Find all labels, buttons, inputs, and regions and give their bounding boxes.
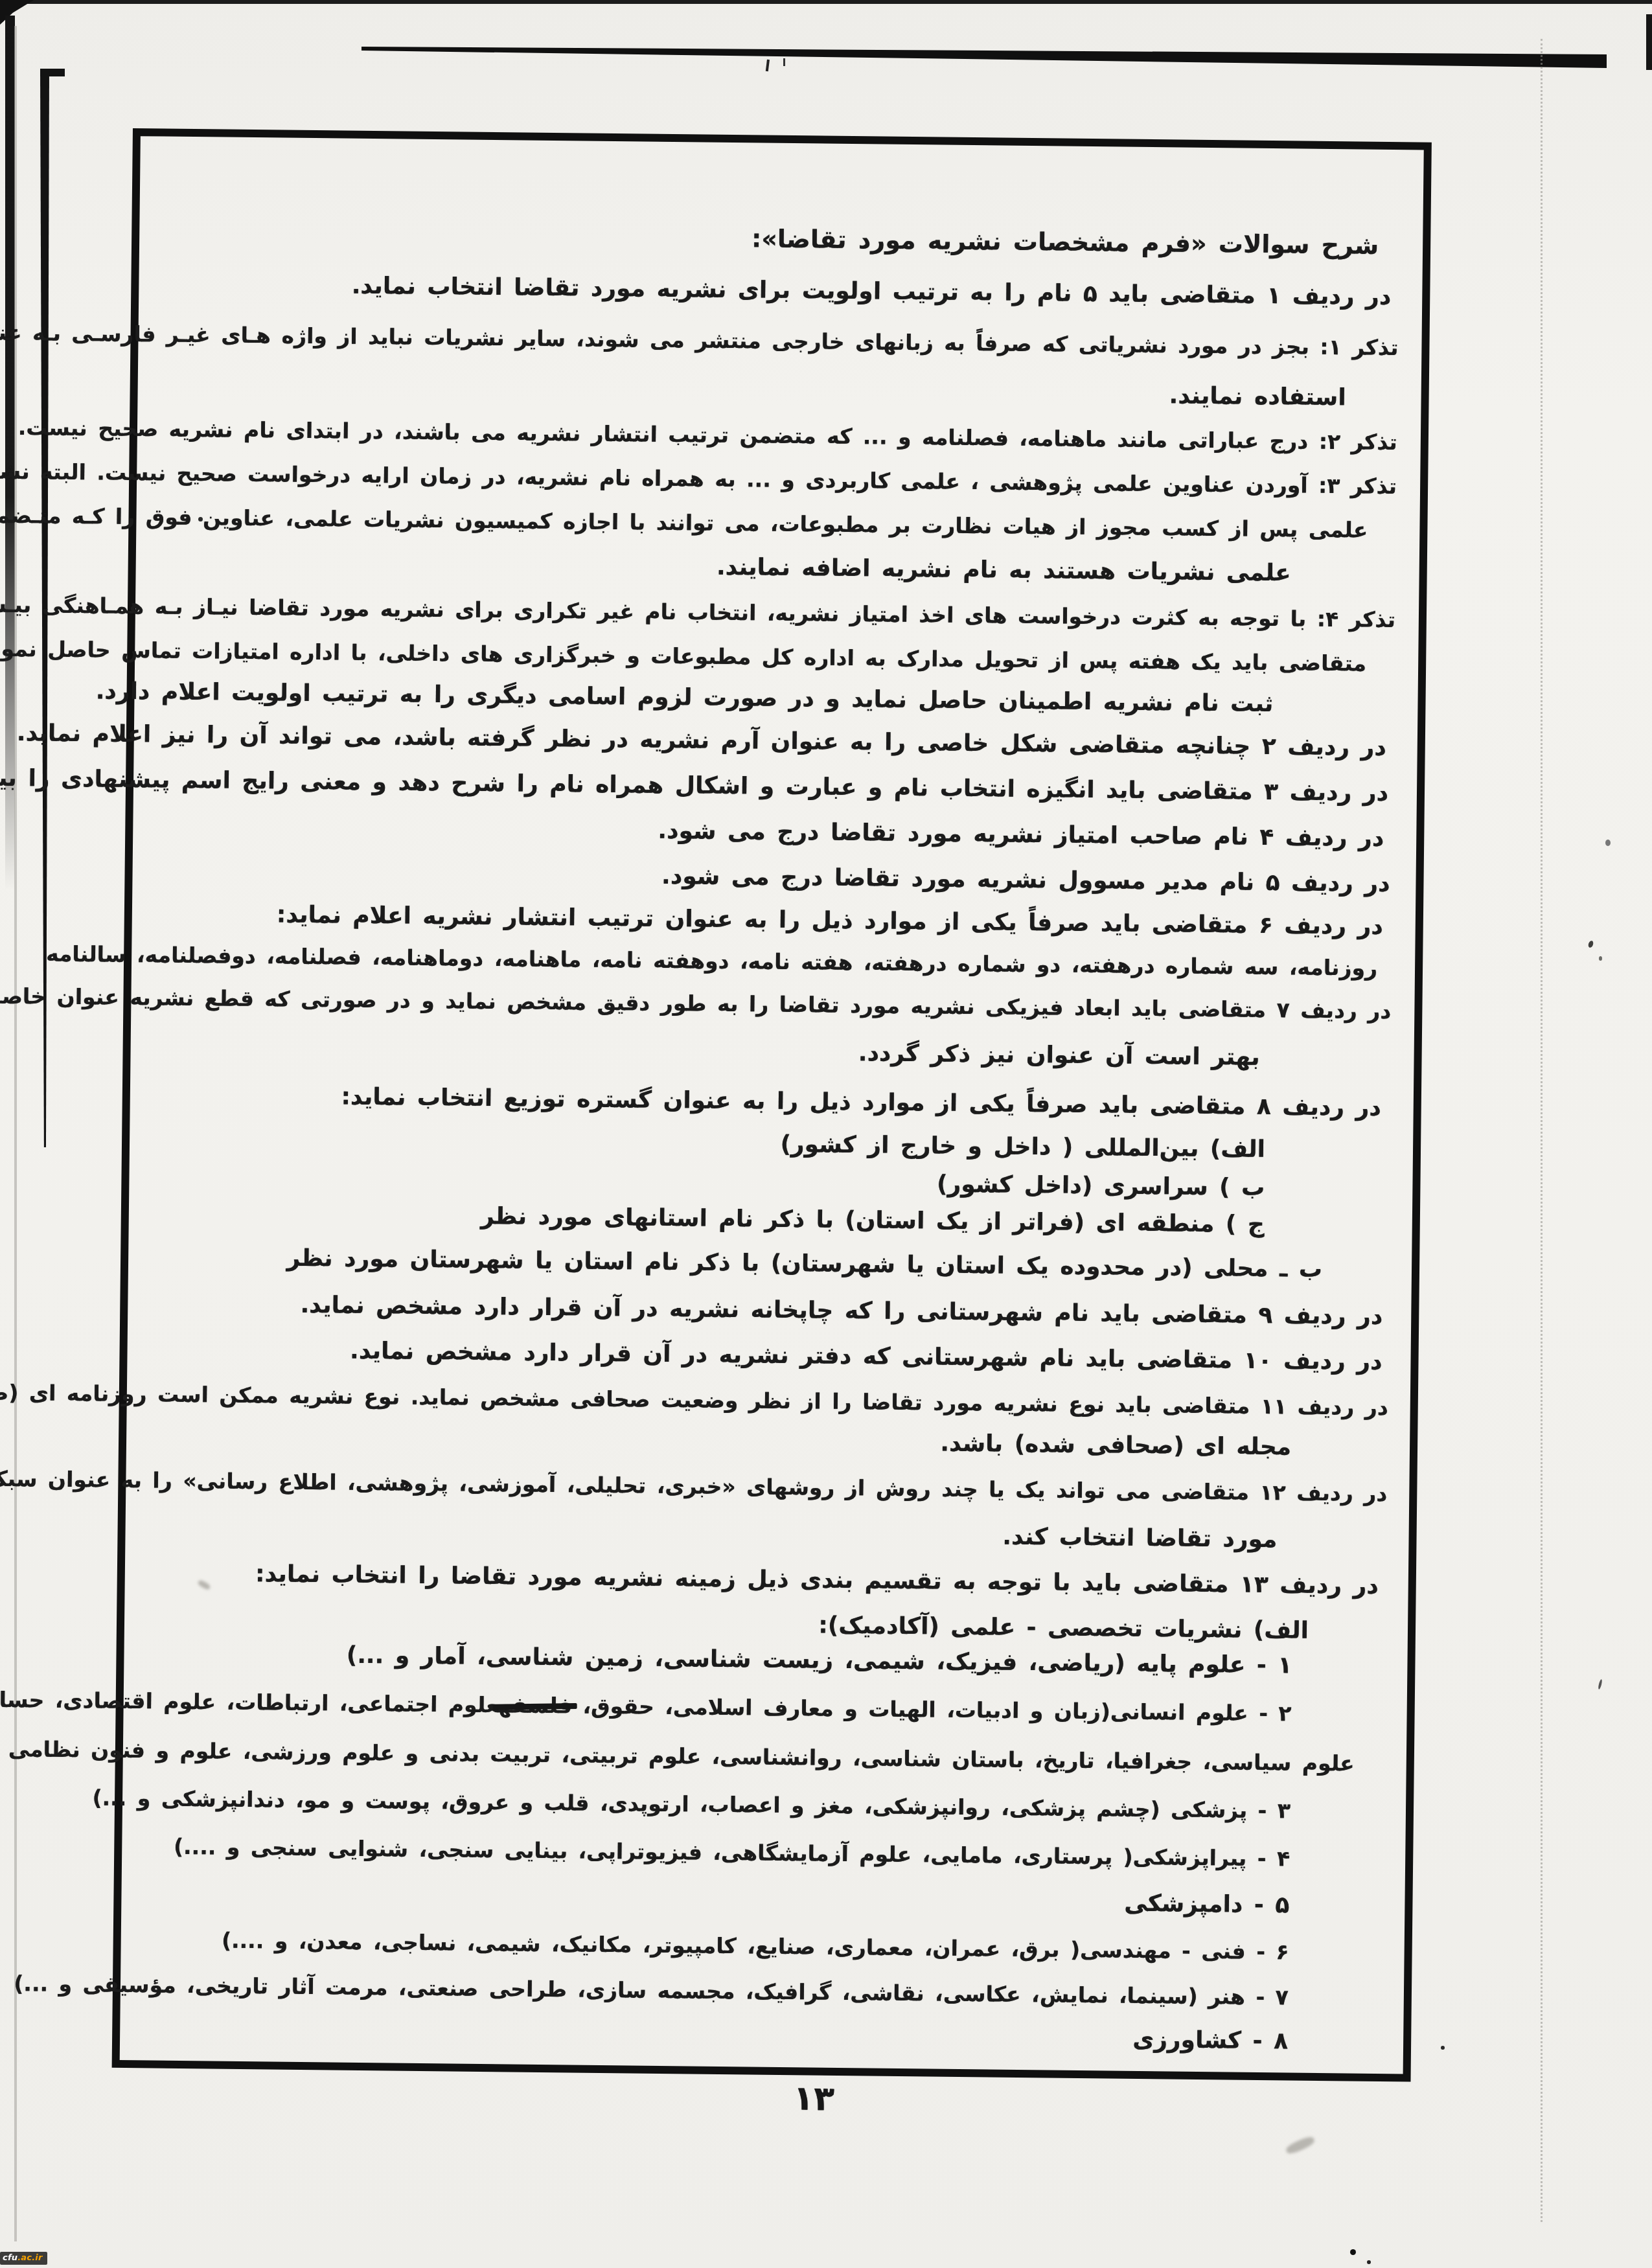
ink-speck [1587, 940, 1594, 948]
row11-line2: مجله ای (صحافی شده) باشد. [940, 1423, 1291, 1469]
heading: شرح سوالات «فرم مشخصات نشریه مورد تقاضا»… [751, 218, 1379, 266]
field-8-agriculture: ۸ - کشاورزی [1132, 2019, 1289, 2063]
watermark-brand-text: cfu [3, 2254, 17, 2263]
paper-fold-dotted-line [1541, 39, 1543, 2222]
ink-speck [1599, 956, 1602, 961]
watermark-suffix-text: .ac.ir [17, 2254, 42, 2263]
pencil-smudge [1285, 2135, 1316, 2155]
row5-instruction: در ردیف ۵ نام مدیر مسوول نشریه مورد تقاض… [661, 856, 1390, 905]
scan-edge-right-sliver [1646, 14, 1652, 70]
row12-line2: مورد تقاضا انتخاب کند. [1002, 1517, 1278, 1561]
ink-speck [1367, 2260, 1371, 2264]
struck-word: فلسفه [498, 1692, 573, 1718]
document-frame: شرح سوالات «فرم مشخصات نشریه مورد تقاضا»… [112, 128, 1432, 2082]
field-5-veterinary: ۵ - دامپزشکی [1124, 1883, 1290, 1927]
note3-line3: علمی نشریات هستند به نام نشریه اضافه نما… [717, 547, 1291, 595]
ink-speck [1605, 840, 1611, 846]
scanned-document-page: شرح سوالات «فرم مشخصات نشریه مورد تقاضا»… [0, 0, 1652, 2268]
photocopy-streak-line [0, 0, 1652, 91]
ink-speck [1350, 2249, 1356, 2255]
ink-speck [1441, 2046, 1445, 2050]
row4-instruction: در ردیف ۴ نام صاحب امتیاز نشریه مورد تقا… [658, 810, 1384, 860]
ink-speck [1598, 1679, 1603, 1690]
scan-edge-left-gray [14, 26, 17, 2241]
page-number: ۱۳ [774, 2079, 853, 2120]
distribution-option-c: ج ) منطقه ای (فراتر از یک استان) با ذکر … [481, 1196, 1265, 1246]
watermark-badge: cfu.ac.ir [0, 2252, 47, 2265]
note1-line2: استفاده نمایند. [1169, 375, 1346, 418]
distribution-option-a: الف) بین‌المللی ( داخل و خارج از کشور) [780, 1124, 1265, 1171]
row7-line2: بهتر است آن عنوان نیز ذکر گردد. [858, 1033, 1259, 1079]
